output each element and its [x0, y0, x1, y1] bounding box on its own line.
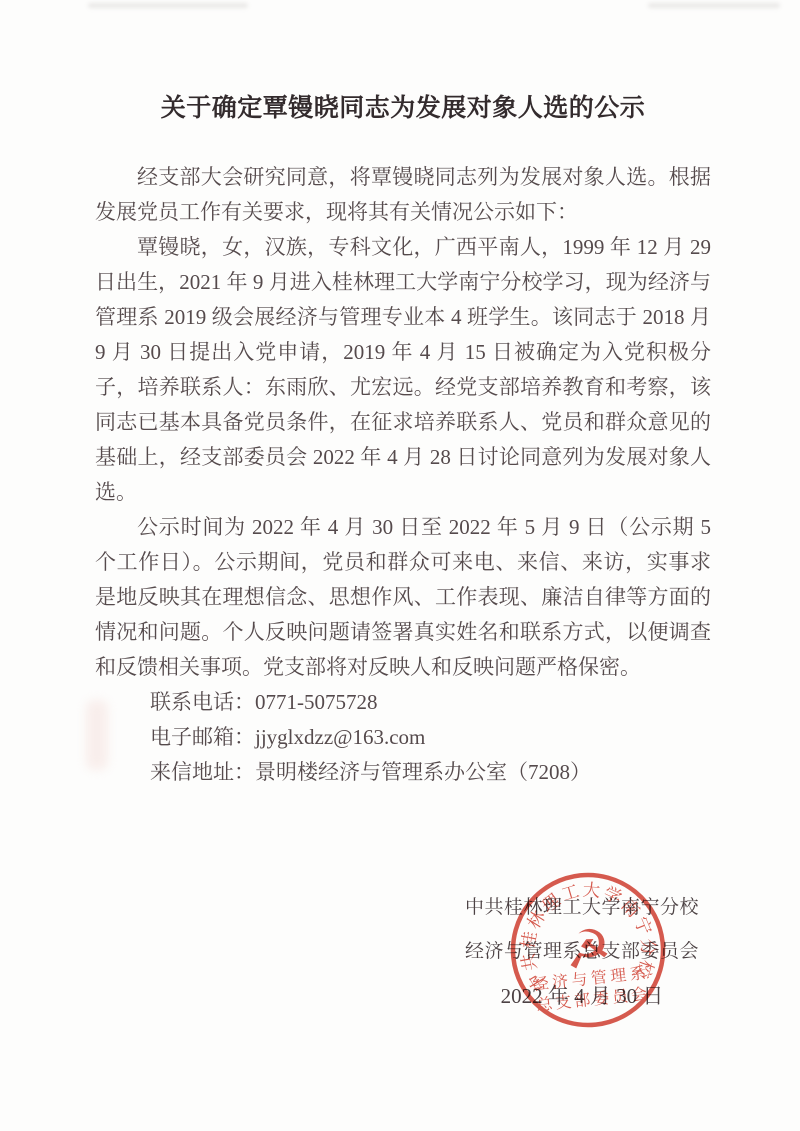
- signature-org-line1: 中共桂林理工大学南宁分校: [420, 886, 744, 930]
- contact-email-line: 电子邮箱：jjyglxdzz@163.com: [95, 720, 711, 755]
- email-address: jjyglxdzz@163.com: [255, 725, 425, 749]
- contact-phone-line: 联系电话：0771-5075728: [95, 685, 711, 720]
- phone-number: 0771-5075728: [255, 690, 378, 714]
- signature-block: 中共桂林理工大学南宁分校 经济与管理系总支部委员会 2022 年 4 月 30 …: [420, 886, 744, 1018]
- address-label: 来信地址：: [150, 760, 255, 784]
- paragraph-publicity: 公示时间为 2022 年 4 月 30 日至 2022 年 5 月 9 日（公示…: [95, 510, 711, 685]
- scan-artifact: [648, 3, 780, 8]
- email-label: 电子邮箱：: [150, 725, 255, 749]
- paragraph-profile: 覃镘晓，女，汉族，专科文化，广西平南人，1999 年 12 月 29 日出生，2…: [95, 230, 711, 510]
- document-title: 关于确定覃镘晓同志为发展对象人选的公示: [95, 88, 711, 124]
- phone-label: 联系电话：: [150, 690, 255, 714]
- document-body: 经支部大会研究同意，将覃镘晓同志列为发展对象人选。根据发展党员工作有关要求，现将…: [95, 160, 711, 790]
- contact-address-line: 来信地址：景明楼经济与管理系办公室（7208）: [95, 755, 711, 790]
- scanned-document-page: 关于确定覃镘晓同志为发展对象人选的公示 经支部大会研究同意，将覃镘晓同志列为发展…: [0, 0, 800, 1131]
- signature-date: 2022 年 4 月 30 日: [420, 974, 744, 1018]
- paragraph-intro: 经支部大会研究同意，将覃镘晓同志列为发展对象人选。根据发展党员工作有关要求，现将…: [95, 160, 711, 230]
- mail-address: 景明楼经济与管理系办公室（7208）: [255, 760, 591, 784]
- scan-artifact: [88, 3, 248, 8]
- signature-org-line2: 经济与管理系总支部委员会: [420, 930, 744, 974]
